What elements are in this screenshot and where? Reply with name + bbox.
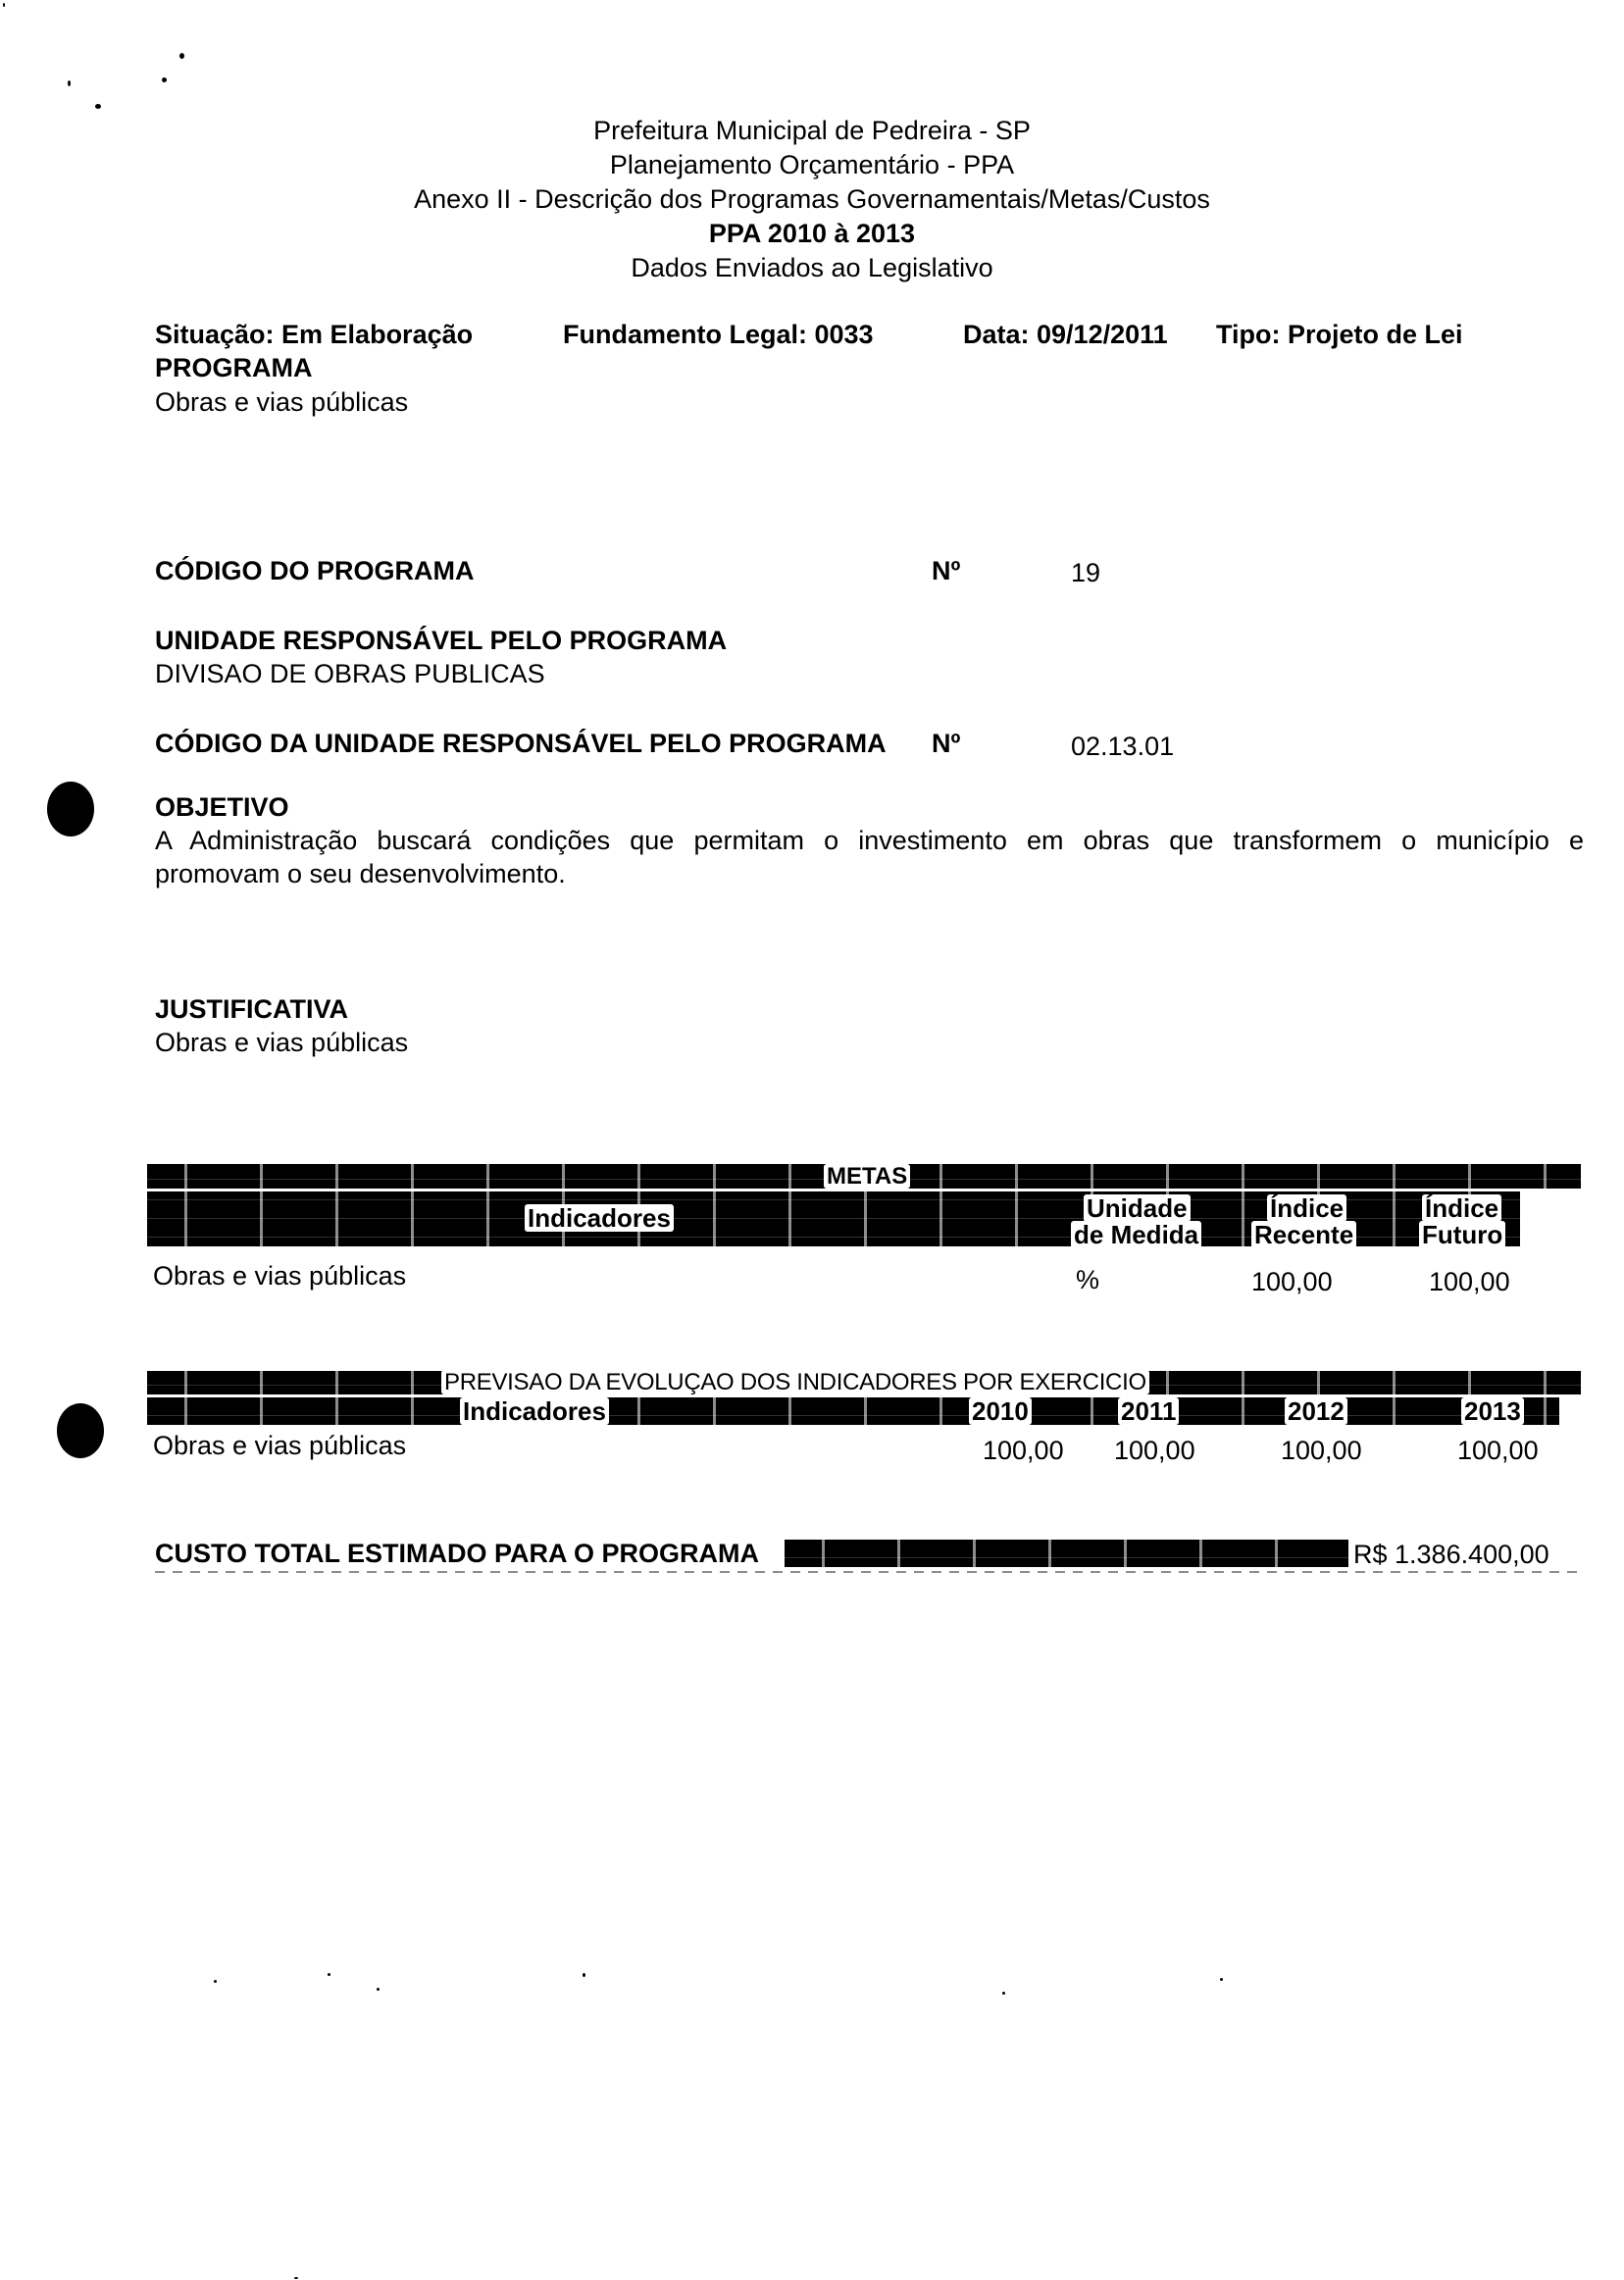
codigo-unidade-label: CÓDIGO DA UNIDADE RESPONSÁVEL PELO PROGR… <box>155 727 887 760</box>
previsao-row-2011: 100,00 <box>1114 1434 1195 1467</box>
punch-hole <box>57 1403 104 1458</box>
codigo-programa-label: CÓDIGO DO PROGRAMA <box>155 554 475 587</box>
scan-speck <box>583 1973 585 1977</box>
status-tipo: Tipo: Projeto de Lei <box>1216 318 1463 351</box>
metas-row-indicador: Obras e vias públicas <box>153 1259 406 1292</box>
custo-total-value: R$ 1.386.400,00 <box>1353 1538 1549 1571</box>
header-annex: Anexo II - Descrição dos Programas Gover… <box>0 182 1624 217</box>
previsao-row-2010: 100,00 <box>983 1434 1064 1467</box>
codigo-programa-num-label: Nº <box>932 554 960 587</box>
previsao-row-2013: 100,00 <box>1457 1434 1539 1467</box>
metas-col-recente-line2: Recente <box>1251 1221 1356 1248</box>
objetivo-label: OBJETIVO <box>155 790 289 824</box>
status-situacao: Situação: Em Elaboração <box>155 318 473 351</box>
unidade-value: DIVISAO DE OBRAS PUBLICAS <box>155 657 545 690</box>
punch-hole <box>47 782 94 836</box>
metas-col-futuro-line2: Futuro <box>1419 1221 1505 1248</box>
status-data: Data: 09/12/2011 <box>963 318 1168 351</box>
previsao-header-bar <box>147 1397 1559 1425</box>
previsao-row-indicador: Obras e vias públicas <box>153 1429 406 1462</box>
programa-label: PROGRAMA <box>155 351 313 384</box>
header-municipality: Prefeitura Municipal de Pedreira - SP <box>0 114 1624 148</box>
metas-row-unidade: % <box>1076 1263 1099 1296</box>
metas-col-futuro-line1: Índice <box>1422 1194 1501 1222</box>
objetivo-text-line2: promovam o seu desenvolvimento. <box>155 857 566 890</box>
scan-speck <box>68 80 71 86</box>
justificativa-label: JUSTIFICATIVA <box>155 992 348 1026</box>
justificativa-value: Obras e vias públicas <box>155 1026 408 1059</box>
header-sent-to-legislative: Dados Enviados ao Legislativo <box>0 251 1624 285</box>
unidade-label: UNIDADE RESPONSÁVEL PELO PROGRAMA <box>155 624 727 657</box>
scan-speck <box>377 1988 380 1991</box>
previsao-title: PREVISAO DA EVOLUÇAO DOS INDICADORES POR… <box>441 1370 1149 1394</box>
previsao-col-2013: 2013 <box>1461 1397 1524 1425</box>
scan-speck <box>95 104 101 109</box>
codigo-programa-value: 19 <box>1071 556 1100 589</box>
scan-speck <box>328 1973 330 1976</box>
metas-row-recente: 100,00 <box>1251 1265 1359 1298</box>
scan-speck <box>214 1980 217 1983</box>
document-header: Prefeitura Municipal de Pedreira - SP Pl… <box>0 114 1624 285</box>
custo-total-underline <box>155 1571 1582 1573</box>
header-planning: Planejamento Orçamentário - PPA <box>0 148 1624 182</box>
scan-speck <box>294 2277 298 2279</box>
custo-total-bar <box>785 1540 1348 1567</box>
scan-speck <box>1002 1992 1005 1995</box>
scan-speck <box>179 53 184 59</box>
previsao-col-2011: 2011 <box>1118 1397 1179 1425</box>
metas-col-unidade-line2: de Medida <box>1071 1221 1201 1248</box>
metas-col-recente-line1: Índice <box>1267 1194 1346 1222</box>
previsao-col-2012: 2012 <box>1285 1397 1347 1425</box>
programa-value: Obras e vias públicas <box>155 385 408 419</box>
metas-row-futuro: 100,00 <box>1429 1265 1537 1298</box>
scan-speck <box>1220 1978 1223 1981</box>
metas-col-indicadores: Indicadores <box>525 1204 674 1232</box>
scan-speck <box>162 77 167 82</box>
previsao-col-2010: 2010 <box>969 1397 1032 1425</box>
codigo-unidade-num-label: Nº <box>932 727 960 760</box>
metas-col-unidade-line1: Unidade <box>1084 1194 1191 1222</box>
previsao-col-indicadores: Indicadores <box>460 1397 609 1425</box>
metas-title: METAS <box>824 1164 910 1189</box>
header-ppa-period: PPA 2010 à 2013 <box>0 217 1624 251</box>
status-fundamento-legal: Fundamento Legal: 0033 <box>563 318 874 351</box>
codigo-unidade-value: 02.13.01 <box>1071 730 1174 763</box>
previsao-row-2012: 100,00 <box>1281 1434 1362 1467</box>
custo-total-label: CUSTO TOTAL ESTIMADO PARA O PROGRAMA <box>155 1537 759 1570</box>
scan-speck <box>3 3 5 7</box>
objetivo-text-line1: A Administração buscará condições que pe… <box>155 824 1584 857</box>
